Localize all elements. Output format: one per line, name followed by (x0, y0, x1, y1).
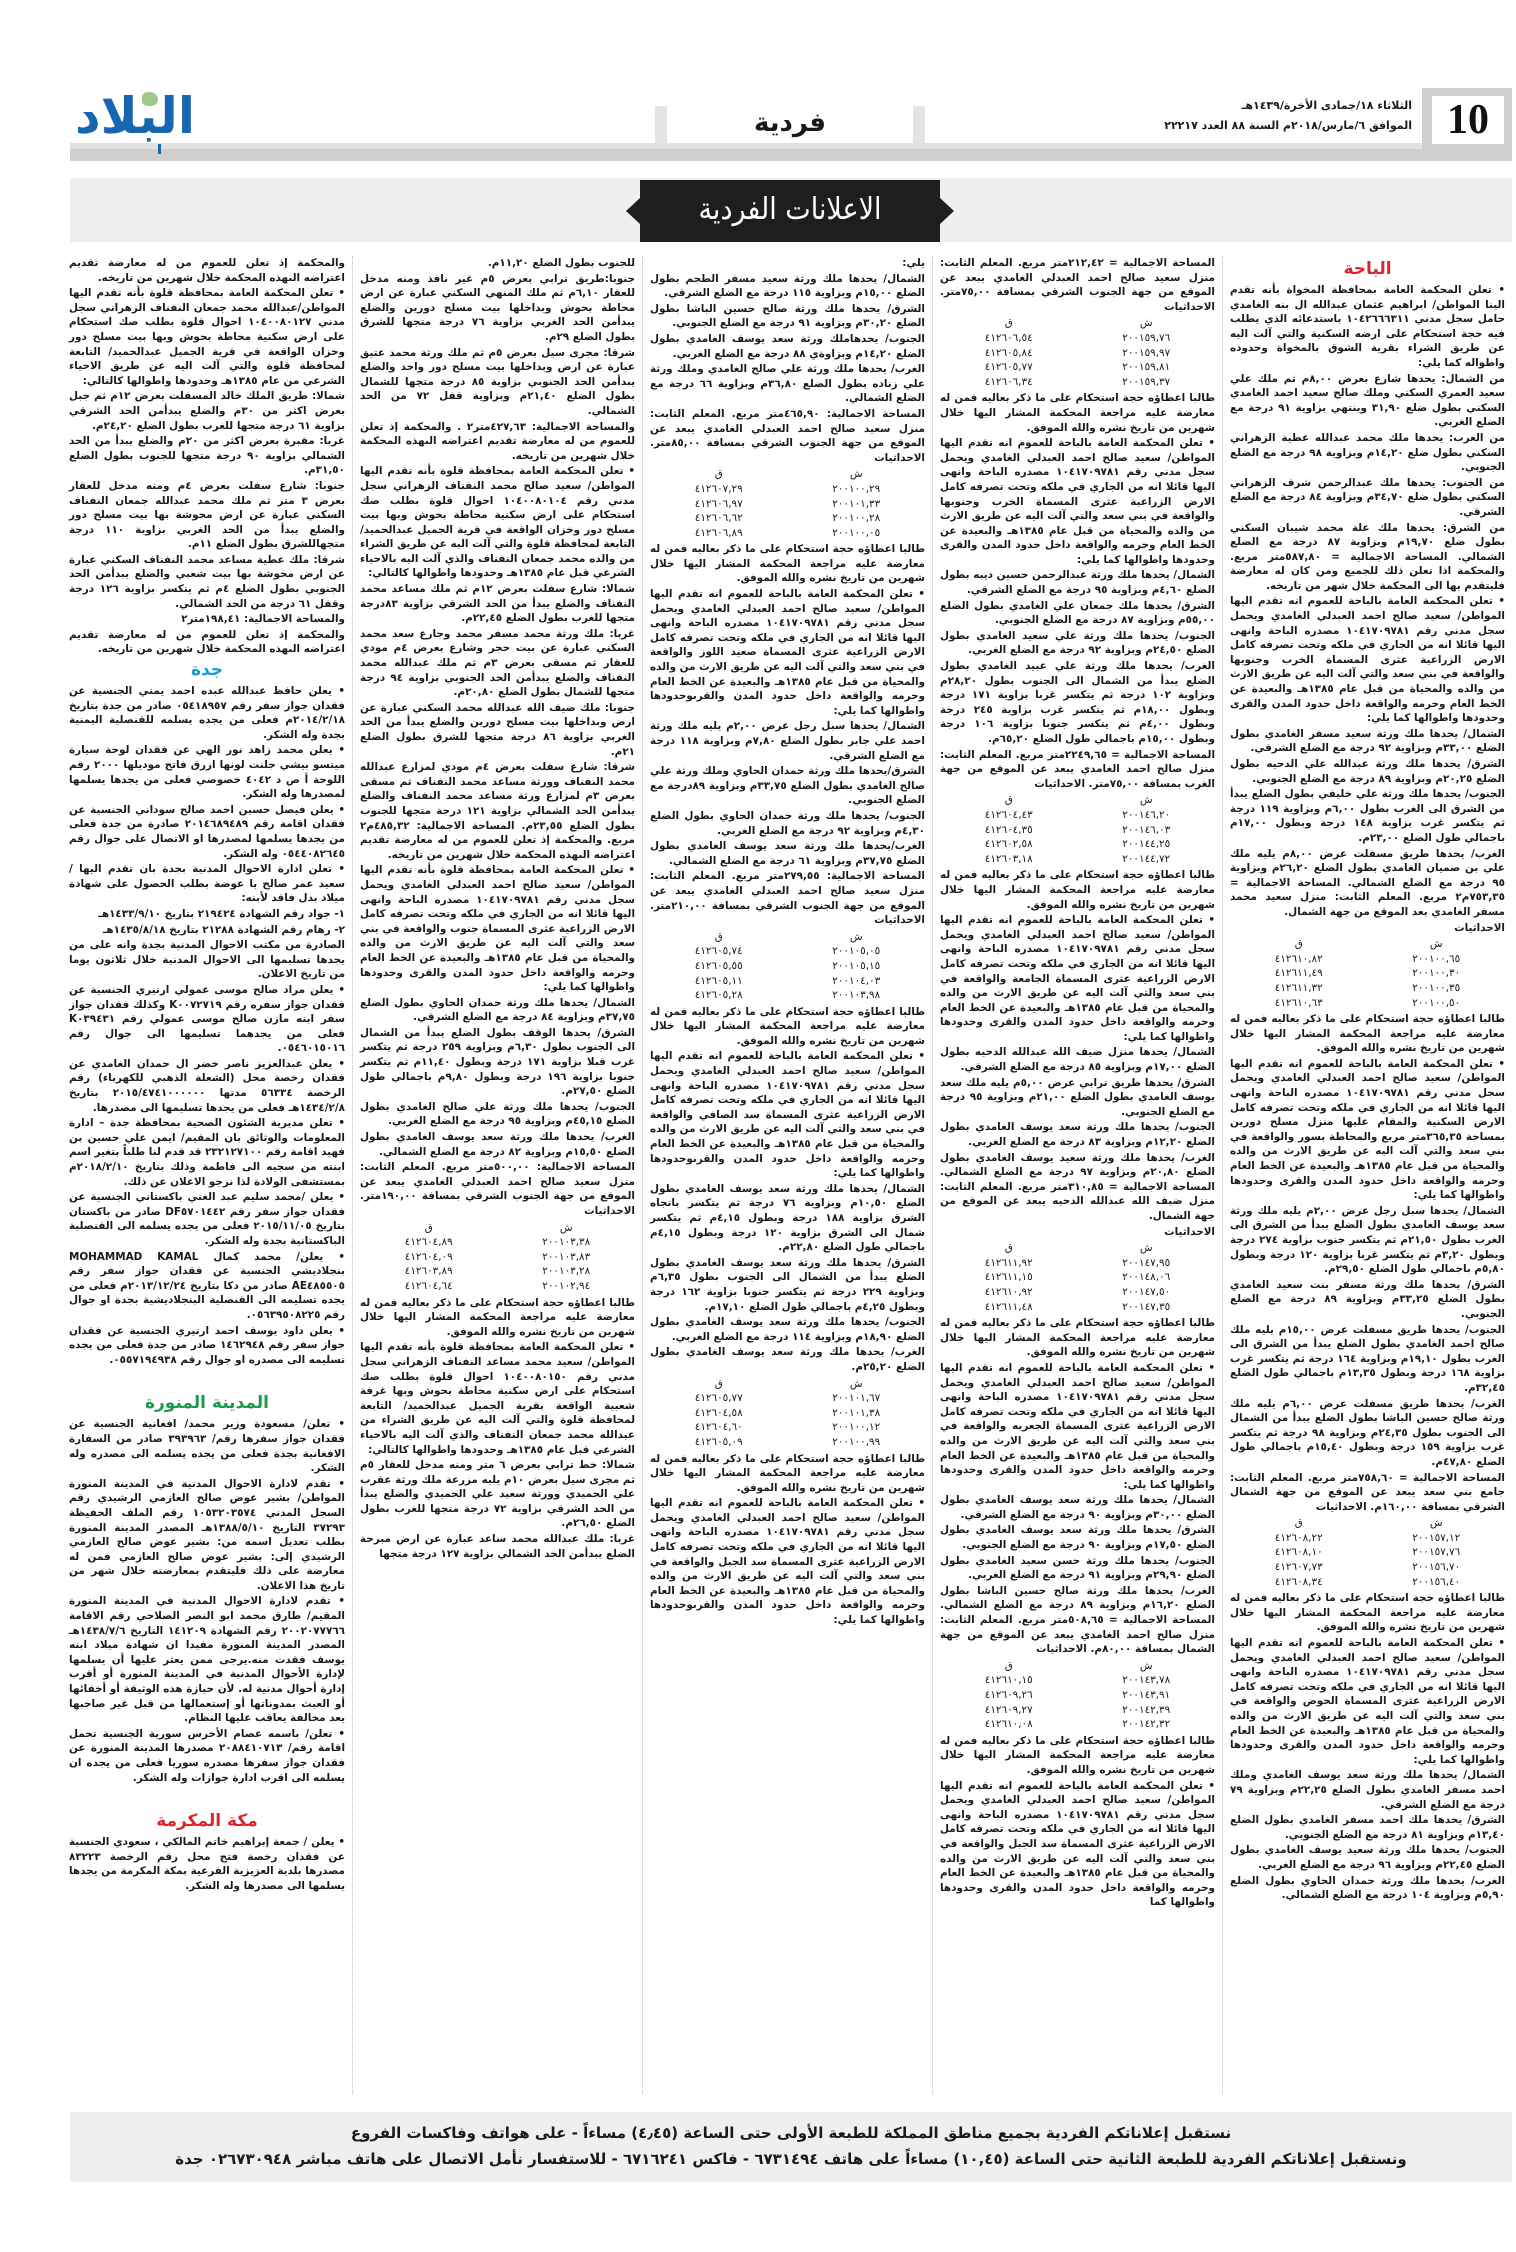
ad-paragraph: ٢- رهام رقم الشهادة ٢١٢٨٨ بتاريخ ١٤٣٥/٨/… (69, 923, 345, 938)
ad-paragraph: غربا: ملك ورثة محمد مسفر محمد وجارع سعد … (360, 627, 635, 700)
coordinate-value: ٢٠٠١٠١,٣٣ (788, 497, 926, 512)
ad-paragraph: الجنوب/ يحدها ملك ورثة علي خليفي بطول ال… (1230, 787, 1505, 845)
coordinate-value: ٢٠٠١٠٠,٦٥ (1368, 952, 1506, 967)
ad-paragraph: للجنوب بطول الضلع ١١,٢٠م. (360, 256, 635, 271)
ad-paragraph: الشرق/ يحدها طريق ترابي عرض ٥,٠٠م يليه م… (940, 1076, 1215, 1120)
ad-paragraph: من الشمال: يحدها شارع بعرض ٨,٠٠م ثم ملك … (1230, 372, 1505, 430)
coordinates-row: ٢٠٠١٤٤,٧٢٤١٢٦٠٣,١٨ (940, 852, 1215, 867)
ad-paragraph: • يعلن عبدالعزيز ناصر خضر ال حمدان الغام… (69, 1057, 345, 1115)
coordinates-header-cell: ش (498, 1221, 636, 1236)
ad-paragraph: الجنوب/ يحدها ملك ورثة علي سعيد الغامدي … (940, 629, 1215, 658)
ad-paragraph: غربا: مقبرة بعرض اكثر من ٢٠م والضلع يبدأ… (69, 434, 345, 478)
ad-paragraph: جنوبا: ملك ضيف الله عبدالله محمد السكني … (360, 701, 635, 759)
coordinates-header-cell: ق (650, 467, 788, 482)
ad-paragraph: شرقا: مجرى سيل بعرض ٥م ثم ملك ورثة محمد … (360, 346, 635, 419)
coordinate-value: ٤١٢٦١١,٣٢ (1230, 981, 1368, 996)
ad-paragraph: طالبا اعطاؤه حجة استحكام على ما ذكر بعال… (940, 391, 1215, 435)
coordinate-value: ٤١٢٦٠٩,٢٦ (940, 1688, 1078, 1703)
ad-paragraph: والمساحة الاجمالية: ٤٢٧,٦٣متر٢ . والمحكم… (360, 420, 635, 464)
footer-line-1: نستقبل إعلاناتكم الفردية بجميع مناطق الم… (70, 2120, 1512, 2146)
ad-paragraph: طالبا اعطاؤه حجة استحكام على ما ذكر بعال… (650, 1452, 925, 1496)
ad-paragraph: • يعلن مراد صالح موسى عمولي ارتيري الجنس… (69, 983, 345, 1056)
coordinate-value: ٤١٢٦١٠,٦٣ (1230, 996, 1368, 1011)
coordinate-value: ٢٠٠١٤٢,٣٢ (1078, 1717, 1216, 1732)
coordinates-header: شق (650, 1377, 925, 1392)
issue-dates: الثلاثاء ١٨/جمادى الأخرة/١٤٣٩هـ الموافق … (1112, 96, 1412, 136)
coordinate-value: ٤١٢٦٠٦,٣٤ (940, 375, 1078, 390)
date-gregorian: الموافق ٦/مارس/٢٠١٨م السنة ٨٨ العدد ٢٢٢١… (1112, 116, 1412, 136)
region-heading: الباحة (1230, 258, 1505, 280)
ad-paragraph: الجنوب/ يحدها ملك ورثة علي صالح الغامدي … (360, 1100, 635, 1129)
ad-paragraph: • يعلن /محمد سليم عبد الغني باكستاني الج… (69, 1190, 345, 1248)
coordinates-row: ٢٠٠١٤٣,٧٨٤١٢٦١٠,١٥ (940, 1673, 1215, 1688)
coordinate-value: ٤١٢٦٠٥,١١ (650, 974, 788, 989)
ad-column: والمحكمة إذ تعلن للعموم من له معارضة تقد… (62, 256, 352, 2094)
ad-paragraph: طالبا اعطاؤه حجة استحكام على ما ذكر بعال… (1230, 1591, 1505, 1635)
coordinate-value: ٢٠٠١٤٣,٩١ (1078, 1688, 1216, 1703)
coordinate-value: ٤١٢٦٠٤,٥٨ (650, 1406, 788, 1421)
coordinates-row: ٢٠٠١٥٧,٧٦٤١٢٦٠٨,١٠ (1230, 1545, 1505, 1560)
coordinate-value: ٤١٢٦٠٦,٥٤ (940, 331, 1078, 346)
coordinate-value: ٢٠٠١٥٩,٧٦ (1078, 331, 1216, 346)
coordinates-header: شق (650, 930, 925, 945)
coordinates-table: شق٢٠٠١٤٦,٢٠٤١٢٦٠٤,٤٣٢٠٠١٤٦,٠٣٤١٢٦٠٤,٣٥٢٠… (940, 793, 1215, 866)
coordinates-row: ٢٠٠١٠٠,٥٠٤١٢٦١٠,٦٣ (1230, 996, 1505, 1011)
ad-paragraph: شرقا: ملك عطية مساعد محمد النفناف السكني… (69, 553, 345, 611)
coordinate-value: ٢٠٠١٠٠,٢٨ (788, 511, 926, 526)
section-name: فردية (655, 106, 925, 143)
ad-paragraph: الشرق/ يحدها ملك جمعان علي الغامدي بطول … (940, 599, 1215, 628)
ad-paragraph: الشمال/ يحدها سبل رجل عرض ٢,٠٠م يليه ملك… (650, 719, 925, 763)
coordinate-value: ٤١٢٦٠٨,٢٢ (1230, 1531, 1368, 1546)
coordinates-row: ٢٠٠١٠٥,٠٥٤١٢٦٠٥,٧٤ (650, 944, 925, 959)
header-rule-light (70, 143, 1512, 149)
logo-tick (158, 144, 161, 154)
coordinates-row: ٢٠٠١٤٧,٥٠٤١٢٦١٠,٩٢ (940, 1285, 1215, 1300)
ad-paragraph: والمحكمة إذ تعلن للعموم من له معارضة تقد… (69, 628, 345, 657)
coordinate-value: ٤١٢٦١١,١٥ (940, 1270, 1078, 1285)
ad-paragraph: الصادرة من مكتب الاحوال المدنية بجدة وان… (69, 938, 345, 982)
coordinates-row: ٢٠٠١٥٩,٣٧٤١٢٦٠٦,٣٤ (940, 375, 1215, 390)
coordinate-value: ٢٠٠١٠٠,٣٠ (1368, 966, 1506, 981)
coordinate-value: ٢٠٠١٥٧,١٢ (1368, 1531, 1506, 1546)
ad-paragraph: المساحة الاجمالية = ٢٢٤٩,٦٥متر مربع. الم… (940, 748, 1215, 792)
coordinates-row: ٢٠٠١٠٠,٩٩٤١٢٦٠٥,٠٩ (650, 1435, 925, 1450)
ad-paragraph: الجنوب/ يحدها ملك ورثة حسن سعيد الغامدي … (940, 1554, 1215, 1583)
coordinates-header: شق (1230, 937, 1505, 952)
coordinates-header-cell: ش (1078, 1659, 1216, 1674)
ad-paragraph: • يعلن/ محمد كمال MOHAMMAD KAMAL بنجلادي… (69, 1250, 345, 1323)
ad-paragraph: شمالا: شارع سفلت بعرض ١٢م ثم ملك مساعد م… (360, 582, 635, 626)
coordinate-value: ٢٠٠١٠١,٣٨ (788, 1406, 926, 1421)
coordinate-value: ٢٠٠١٠٠,٢٩ (788, 482, 926, 497)
ad-paragraph: من الشرق: يحدها ملك علة محمد شيبان السكن… (1230, 521, 1505, 594)
ad-paragraph: • تعلن المحكمة العامة بمحافظة قلوة بأنه … (360, 464, 635, 581)
coordinate-value: ٢٠٠١٤٢,٣٩ (1078, 1703, 1216, 1718)
coordinates-header-cell: ق (940, 1241, 1078, 1256)
ad-paragraph: الشرق/ يحدها ملك ورثة سعد يوسف الغامدي ب… (650, 1256, 925, 1314)
ad-paragraph: الشرق/ يحدها ملك ورثة صالح حسين الباشا ب… (650, 302, 925, 331)
coordinates-row: ٢٠٠١٤٧,٣٥٤١٢٦١١,٤٨ (940, 1300, 1215, 1315)
coordinates-row: ٢٠٠١٠٣,٩٨٤١٢٦٠٥,٢٨ (650, 988, 925, 1003)
ad-paragraph: الشمال/ يحدها ملك ورثة سعد يوسف الغامدي … (940, 1493, 1215, 1522)
coordinate-value: ٢٠٠١٥٦,٤٠ (1368, 1575, 1506, 1590)
coordinate-value: ٤١٢٦٠٧,٧٣ (1230, 1560, 1368, 1575)
page-title-banner: الاعلانات الفردية (640, 180, 940, 242)
ad-paragraph: الاحداثيات (940, 1225, 1215, 1240)
coordinates-table: شق٢٠٠١٠٠,٦٥٤١٢٦١٠,٨٢٢٠٠١٠٠,٣٠٤١٢٦١١,٤٩٢٠… (1230, 937, 1505, 1010)
coordinates-header-cell: ش (1078, 1241, 1216, 1256)
coordinates-row: ٢٠٠١٠٠,٠٥٤١٢٦٠٦,٨٩ (650, 526, 925, 541)
spacer (69, 1368, 345, 1390)
coordinate-value: ٢٠٠١٤٦,٠٣ (1078, 823, 1216, 838)
coordinates-header-cell: ش (788, 467, 926, 482)
coordinates-header-cell: ش (1078, 316, 1216, 331)
footer-notice: نستقبل إعلاناتكم الفردية بجميع مناطق الم… (70, 2112, 1512, 2182)
coordinate-value: ٢٠٠١٤٨,٠٦ (1078, 1270, 1216, 1285)
ad-paragraph: من الغرب: يحدها ملك محمد عبدالله عطية ال… (1230, 431, 1505, 475)
ad-paragraph: الشمال/ يحدها سبل رجل عرض ٢,٠٠م يليه ملك… (1230, 1204, 1505, 1277)
ad-paragraph: الجنوب/ يحدها طريق مسفلت عرض ١٥,٠٠م يليه… (1230, 1323, 1505, 1396)
coordinate-value: ٤١٢٦٠٤,٠٩ (360, 1250, 498, 1265)
coordinate-value: ٢٠٠١٠٠,٣٥ (1368, 981, 1506, 996)
ad-paragraph: الجنوب/ يحدها ملك ورثة سعد يوسف الغامدي … (650, 1315, 925, 1344)
coordinates-row: ٢٠٠١٠٥,١٥٤١٢٦٠٥,٥٥ (650, 959, 925, 974)
ad-column: المساحة الاجمالية = ٢١٢,٤٢متر مربع. المع… (932, 256, 1222, 2094)
coordinate-value: ٤١٢٦١٠,١٥ (940, 1673, 1078, 1688)
ad-paragraph: • تعلن المحكمة العامة بمحافظة قلوة بأنه … (69, 286, 345, 388)
coordinate-value: ٤١٢٦١١,٤٨ (940, 1300, 1078, 1315)
ad-paragraph: شمالا: طريق الملك خالد المسفلت بعرض ١٢م … (69, 389, 345, 433)
logo-text: البلاد (75, 87, 195, 145)
ad-paragraph: الشمال/ يحدها ملك ورثة عبدالرحمن حسين دي… (940, 568, 1215, 597)
ads-columns: الباحة• تعلن المحكمة العامة بمحافظة المخ… (62, 256, 1512, 2094)
coordinates-row: ٢٠٠١٤٦,٢٠٤١٢٦٠٤,٤٣ (940, 808, 1215, 823)
ad-paragraph: • تعلن المحكمة العامة بمحافظة المخواة بأ… (1230, 283, 1505, 371)
coordinate-value: ٤١٢٦١٠,٩٢ (940, 1285, 1078, 1300)
ad-paragraph: الشرق/ يحدها ملك ورثة عبدالله علي الدحيه… (1230, 757, 1505, 786)
coordinate-value: ٢٠٠١٤٧,٩٥ (1078, 1256, 1216, 1271)
coordinate-value: ٢٠٠١٠٠,١٢ (788, 1420, 926, 1435)
coordinate-value: ٤١٢٦١٠,٠٨ (940, 1717, 1078, 1732)
ad-column: الباحة• تعلن المحكمة العامة بمحافظة المخ… (1222, 256, 1512, 2094)
ad-paragraph: طالبا اعطاؤه حجة استحكام على ما ذكر بعال… (360, 1296, 635, 1340)
coordinates-row: ٢٠٠١٠٠,٣٥٤١٢٦١١,٣٢ (1230, 981, 1505, 996)
coordinate-value: ٤١٢٦٠٩,٢٧ (940, 1703, 1078, 1718)
ad-paragraph: • تعلن المحكمة العامة بالباحة للعموم انه… (940, 1779, 1215, 1910)
coordinate-value: ٢٠٠١٤٧,٣٥ (1078, 1300, 1216, 1315)
coordinates-row: ٢٠٠١٥٦,٤٠٤١٢٦٠٨,٣٤ (1230, 1575, 1505, 1590)
coordinate-value: ٤١٢٦٠٣,١٨ (940, 852, 1078, 867)
coordinate-value: ٢٠٠١٥٩,٩٧ (1078, 346, 1216, 361)
ad-paragraph: الجنوب/ يحدهاملك ورثة سعد يوسف الغامدي ب… (650, 332, 925, 361)
coordinates-row: ٢٠٠١٤٧,٩٥٤١٢٦١١,٩٢ (940, 1256, 1215, 1271)
coordinates-row: ٢٠٠١٤٨,٠٦٤١٢٦١١,١٥ (940, 1270, 1215, 1285)
ad-paragraph: الشمال/ يحدها ملك ورثة سعد يوسف الغامدي … (1230, 1768, 1505, 1812)
coordinate-value: ٤١٢٦٠٥,٧٤ (650, 944, 788, 959)
coordinates-row: ٢٠٠١٥٧,١٢٤١٢٦٠٨,٢٢ (1230, 1531, 1505, 1546)
ad-paragraph: • تعلن مديرية الشئون الصحية بمحافظة جدة … (69, 1116, 345, 1189)
coordinates-header-cell: ق (940, 316, 1078, 331)
coordinate-value: ٢٠٠١٤٧,٥٠ (1078, 1285, 1216, 1300)
footer-line-2: ونستقبل إعلاناتكم الفردية للطبعة الثانية… (70, 2146, 1512, 2172)
coordinates-header-cell: ق (1230, 937, 1368, 952)
coordinates-table: شق٢٠٠١٠١,٦٧٤١٢٦٠٥,٧٧٢٠٠١٠١,٣٨٤١٢٦٠٤,٥٨٢٠… (650, 1377, 925, 1450)
coordinate-value: ٢٠٠١٠٠,٠٥ (788, 526, 926, 541)
coordinate-value: ٤١٢٦٠٤,٦٤ (360, 1279, 498, 1294)
coordinates-header: شق (1230, 1516, 1505, 1531)
coordinates-row: ٢٠٠١٤٤,٢٥٤١٢٦٠٢,٥٨ (940, 837, 1215, 852)
coordinate-value: ٢٠٠١٠٠,٥٠ (1368, 996, 1506, 1011)
ad-paragraph: • يعلن فيصل حسين احمد صالح سوداني الجنسي… (69, 803, 345, 861)
ad-paragraph: الغرب/ يحدها ملك ورثة علي صالح الغامدي و… (650, 362, 925, 406)
coordinate-value: ٤١٢٦١٠,٨٢ (1230, 952, 1368, 967)
ad-paragraph: • يعلن / جمعة إبراهيم خاتم المالكي ، سعو… (69, 1835, 345, 1893)
ad-paragraph: يلي: (650, 256, 925, 271)
ad-paragraph: الغرب/يحدها ملك ورثة سعد يوسف الغامدي بط… (650, 839, 925, 868)
coordinate-value: ٢٠٠١٠٣,٩٨ (788, 988, 926, 1003)
ad-paragraph: من الجنوب: يحدها ملك عبدالرحمن شرف الزهر… (1230, 476, 1505, 520)
coordinates-row: ٢٠٠١٥٩,٨١٤١٢٦٠٥,٧٧ (940, 360, 1215, 375)
coordinates-row: ٢٠٠١٠١,٣٨٤١٢٦٠٤,٥٨ (650, 1406, 925, 1421)
coordinates-table: شق٢٠٠١٤٣,٧٨٤١٢٦١٠,١٥٢٠٠١٤٣,٩١٤١٢٦٠٩,٢٦٢٠… (940, 1659, 1215, 1732)
ad-paragraph: الجنوب/ يحدها ملك ورثة حمدان الحاوي بطول… (650, 809, 925, 838)
coordinates-row: ٢٠٠١٠١,٣٣٤١٢٦٠٦,٩٧ (650, 497, 925, 512)
spacer (69, 1786, 345, 1808)
coordinate-value: ٤١٢٦٠٦,٦٢ (650, 511, 788, 526)
ad-paragraph: الشمال/ يحدها ملك ورثة سعيد مسفر الطجم ب… (650, 272, 925, 301)
ad-paragraph: • تعلن المحكمة العامة بالباحة للعموم انه… (650, 1496, 925, 1627)
page-header: 10 الثلاثاء ١٨/جمادى الأخرة/١٤٣٩هـ الموا… (70, 88, 1512, 158)
coordinates-row: ٢٠٠١٠٤,٠٣٤١٢٦٠٥,١١ (650, 974, 925, 989)
ad-paragraph: الشرق/ يحدها ملك ورثة سعد يوسف الغامدي ب… (940, 1523, 1215, 1552)
coordinates-header-cell: ش (1078, 793, 1216, 808)
ad-paragraph: الغرب/ يحدها ملك ورثة صالح حسين الباشا ب… (940, 1584, 1215, 1657)
ad-paragraph: • تعلن المحكمة العامة بمحافظة قلوة بأنه … (360, 863, 635, 994)
newspaper-logo: البلاد (70, 88, 200, 144)
coordinate-value: ٤١٢٦٠٥,٠٩ (650, 1435, 788, 1450)
ad-paragraph: والمحكمة إذ تعلن للعموم من له معارضة تقد… (69, 256, 345, 285)
coordinate-value: ٢٠٠١٤٣,٧٨ (1078, 1673, 1216, 1688)
ad-paragraph: والمساحة الاجمالية: ١٩٨,٤١متر٢ (69, 612, 345, 627)
ad-paragraph: • تعلن المحكمة العامة بالباحة للعموم انه… (940, 913, 1215, 1044)
coordinates-row: ٢٠٠١٠٣,٣٨٤١٢٦٠٤,٨٩ (360, 1235, 635, 1250)
coordinate-value: ٢٠٠١٠٤,٠٣ (788, 974, 926, 989)
ad-paragraph: • تعلن المحكمة العامة بالباحة للعموم انه… (650, 587, 925, 718)
coordinates-table: شق٢٠٠١٠٠,٢٩٤١٢٦٠٧,٢٩٢٠٠١٠١,٣٣٤١٢٦٠٦,٩٧٢٠… (650, 467, 925, 540)
date-hijri: الثلاثاء ١٨/جمادى الأخرة/١٤٣٩هـ (1112, 96, 1412, 116)
coordinates-row: ٢٠٠١٠٠,٦٥٤١٢٦١٠,٨٢ (1230, 952, 1505, 967)
coordinate-value: ٢٠٠١٠٣,٢٨ (498, 1264, 636, 1279)
ad-paragraph: الشمال/ يحدها منزل ضيف الله عبدالله الدح… (940, 1045, 1215, 1074)
coordinates-row: ٢٠٠١٠٣,٨٣٤١٢٦٠٤,٠٩ (360, 1250, 635, 1265)
ad-paragraph: الاحداثيات (1230, 921, 1505, 936)
coordinates-header: شق (650, 467, 925, 482)
coordinate-value: ٤١٢٦٠٥,٨٤ (940, 346, 1078, 361)
ad-paragraph: • تعلن المحكمة العامة بمحافظة قلوة بأنه … (360, 1340, 635, 1457)
coordinates-table: شق٢٠٠١٠٥,٠٥٤١٢٦٠٥,٧٤٢٠٠١٠٥,١٥٤١٢٦٠٥,٥٥٢٠… (650, 930, 925, 1003)
ad-paragraph: • يعلن محمد زاهد نور الهي عن فقدان لوحة … (69, 743, 345, 801)
ad-paragraph: الشمال/ يحدها ملك ورثة حمدان الحاوي بطول… (360, 996, 635, 1025)
coordinates-header-cell: ق (1230, 1516, 1368, 1531)
coordinates-header-cell: ش (788, 1377, 926, 1392)
coordinate-value: ٤١٢٦٠٨,١٠ (1230, 1545, 1368, 1560)
ad-paragraph: طالبا اعطاؤه حجة استحكام على ما ذكر بعال… (940, 1316, 1215, 1360)
region-heading: جدة (69, 659, 345, 681)
coordinates-row: ٢٠٠١٠١,٦٧٤١٢٦٠٥,٧٧ (650, 1391, 925, 1406)
coordinate-value: ٢٠٠١٠٠,٩٩ (788, 1435, 926, 1450)
ad-paragraph: • يعلن داود يوسف احمد ارتيري الجنسية عن … (69, 1324, 345, 1368)
coordinates-row: ٢٠٠١٠٠,٢٨٤١٢٦٠٦,٦٢ (650, 511, 925, 526)
ad-paragraph: شمالا: خط ترابي بعرض ٦ متر ومنه مدخل للع… (360, 1458, 635, 1531)
coordinate-value: ٤١٢٦٠٤,٣٥ (940, 823, 1078, 838)
coordinates-row: ٢٠٠١٥٦,٧٠٤١٢٦٠٧,٧٣ (1230, 1560, 1505, 1575)
coordinate-value: ٢٠٠١٠٣,٣٨ (498, 1235, 636, 1250)
coordinate-value: ٢٠٠١٤٤,٢٥ (1078, 837, 1216, 852)
ad-paragraph: المساحة الاجمالية: ٤٦٥,٩٠متر مربع. المعل… (650, 407, 925, 465)
coordinates-row: ٢٠٠١٠٠,٣٠٤١٢٦١١,٤٩ (1230, 966, 1505, 981)
coordinates-row: ٢٠٠١٤٢,٣٢٤١٢٦١٠,٠٨ (940, 1717, 1215, 1732)
coordinate-value: ٢٠٠١٤٦,٢٠ (1078, 808, 1216, 823)
coordinate-value: ٢٠٠١٠١,٦٧ (788, 1391, 926, 1406)
title-banner-strip: الاعلانات الفردية (70, 178, 1512, 242)
coordinates-header: شق (940, 316, 1215, 331)
ad-paragraph: • تعلن/ باسمه عصام الأخرس سورية الجنسية … (69, 1727, 345, 1785)
ad-paragraph: الشرق/ يحدها الوقف بطول الضلع يبدأ من ال… (360, 1026, 635, 1099)
coordinate-value: ٢٠٠١٥٩,٣٧ (1078, 375, 1216, 390)
coordinate-value: ٤١٢٦٠٤,٨٩ (360, 1235, 498, 1250)
coordinate-value: ٤١٢٦٠٤,٦٠ (650, 1420, 788, 1435)
ad-paragraph: الغرب/ يحدها ملك ورثة سعد يوسف الغامدي ب… (650, 1345, 925, 1374)
ad-paragraph: شرقا: شارع سفلت بعرض ٤م مودي لمزارع عبدا… (360, 760, 635, 862)
ad-paragraph: طالبا اعطاؤه حجة استحكام على ما ذكر بعال… (650, 542, 925, 586)
coordinate-value: ٤١٢٦٠٢,٥٨ (940, 837, 1078, 852)
ad-paragraph: طالبا اعطاؤه حجة استحكام على ما ذكر بعال… (650, 1005, 925, 1049)
coordinates-header: شق (360, 1221, 635, 1236)
ad-column: يلي:الشمال/ يحدها ملك ورثة سعيد مسفر الط… (642, 256, 932, 2094)
coordinate-value: ٢٠٠١٥٧,٧٦ (1368, 1545, 1506, 1560)
ad-paragraph: الغرب/ يحدها طريق مسفلت عرض ٦,٠٠م يليه م… (1230, 1397, 1505, 1470)
ad-paragraph: الشرق/ يحدها ملك ورثة مسفر بنت سعيد الغا… (1230, 1278, 1505, 1322)
coordinates-header-cell: ق (650, 930, 788, 945)
coordinate-value: ٤١٢٦٠٣,٨٩ (360, 1264, 498, 1279)
ad-paragraph: الشمال/ يحدها ملك ورثة سعيد مسفر الغامدي… (1230, 727, 1505, 756)
coordinate-value: ٤١٢٦٠٥,٧٧ (650, 1391, 788, 1406)
coordinates-row: ٢٠٠١٠٠,١٢٤١٢٦٠٤,٦٠ (650, 1420, 925, 1435)
ad-paragraph: • تعلن المحكمة العامة بالباحة للعموم انه… (1230, 1057, 1505, 1203)
coordinates-header: شق (940, 1241, 1215, 1256)
ad-paragraph: الجنوب/ يحدها ملك ورثة سعد يوسف الغامدي … (940, 1120, 1215, 1149)
ad-paragraph: غربا: ملك عبدالله محمد ساعد عبارة عن ارض… (360, 1532, 635, 1561)
coordinate-value: ٤١٢٦٠٥,٧٧ (940, 360, 1078, 375)
region-heading: المدينة المنورة (69, 1392, 345, 1414)
ad-paragraph: • تعلن المحكمة العامة بالباحة للعموم انه… (940, 436, 1215, 567)
ad-paragraph: الشمال/ يحدها ملك ورثة سعد يوسف الغامدي … (650, 1182, 925, 1255)
ad-paragraph: الشرق/يحدها ملك ورثة حمدان الحاوي وملك و… (650, 764, 925, 808)
coordinates-row: ٢٠٠١٠٣,٢٨٤١٢٦٠٣,٨٩ (360, 1264, 635, 1279)
ad-paragraph: المساحة الاجمالية: ٥٠٠,٠٠متر مربع. المعل… (360, 1160, 635, 1218)
coordinates-header-cell: ش (1368, 1516, 1506, 1531)
ad-paragraph: الجنوب/ يحدها ملك ورثة سعيد يوسف الغامدي… (1230, 1843, 1505, 1872)
coordinates-row: ٢٠٠١٠٠,٢٩٤١٢٦٠٧,٢٩ (650, 482, 925, 497)
ad-paragraph: طالبا اعطاؤه حجة استحكام على ما ذكر بعال… (1230, 1012, 1505, 1056)
ad-paragraph: • تقدم لادارة الاحوال المدنية في المدينة… (69, 1477, 345, 1594)
coordinates-header-cell: ق (940, 1659, 1078, 1674)
coordinates-header-cell: ق (360, 1221, 498, 1236)
coordinates-row: ٢٠٠١٤٢,٣٩٤١٢٦٠٩,٢٧ (940, 1703, 1215, 1718)
coordinates-header-cell: ق (650, 1377, 788, 1392)
ad-paragraph: • تعلن/ مسعودة وزير محمد/ افغانية الجنسي… (69, 1417, 345, 1475)
coordinate-value: ٤١٢٦٠٥,٥٥ (650, 959, 788, 974)
ad-paragraph: جنوبا: شارع سفلت بعرض ٤م ومنه مدخل للعقا… (69, 479, 345, 552)
coordinates-header-cell: ق (940, 793, 1078, 808)
ad-paragraph: الغرب/ يحدها ملك ورثة سعيد يوسف الغامدي … (940, 1151, 1215, 1224)
coordinate-value: ٤١٢٦٠٨,٣٤ (1230, 1575, 1368, 1590)
coordinate-value: ٤١٢٦٠٦,٨٩ (650, 526, 788, 541)
saudi-map-icon (142, 92, 158, 106)
coordinates-header: شق (940, 793, 1215, 808)
coordinate-value: ٢٠٠١٥٩,٨١ (1078, 360, 1216, 375)
coordinates-table: شق٢٠٠١٥٧,١٢٤١٢٦٠٨,٢٢٢٠٠١٥٧,٧٦٤١٢٦٠٨,١٠٢٠… (1230, 1516, 1505, 1589)
coordinates-row: ٢٠٠١٥٩,٩٧٤١٢٦٠٥,٨٤ (940, 346, 1215, 361)
coordinates-header-cell: ش (1368, 937, 1506, 952)
coordinate-value: ٤١٢٦٠٧,٢٩ (650, 482, 788, 497)
coordinates-header-cell: ش (788, 930, 926, 945)
coordinate-value: ٢٠٠١٠٥,٠٥ (788, 944, 926, 959)
ad-paragraph: • تعلن المحكمة العامة بالباحة للعموم انه… (1230, 1636, 1505, 1767)
ad-paragraph: الغرب/ يحدها ملك ورثة سعد يوسف الغامدي ب… (360, 1130, 635, 1159)
ad-paragraph: المساحة الاجمالية = ٧٥٨,٦٠متر مربع. المع… (1230, 1471, 1505, 1515)
ad-paragraph: ١- جواد رقم الشهادة ٢١٩٤٢٤ بتاريخ ١٤٣٣/٩… (69, 907, 345, 922)
ad-column: للجنوب بطول الضلع ١١,٢٠م.جنوبا:طريق تراب… (352, 256, 642, 2094)
page-number-box: 10 (1422, 88, 1512, 160)
page-number: 10 (1432, 96, 1504, 144)
coordinate-value: ٤١٢٦٠٥,٢٨ (650, 988, 788, 1003)
coordinates-row: ٢٠٠١٠٢,٩٤٤١٢٦٠٤,٦٤ (360, 1279, 635, 1294)
coordinate-value: ٤١٢٦١١,٩٢ (940, 1256, 1078, 1271)
ad-paragraph: • تعلن المحكمة العامة بالباحة للعموم انه… (650, 1049, 925, 1180)
ad-paragraph: • تعلن المحكمة العامة بالباحة للعموم انه… (1230, 594, 1505, 725)
region-heading: مكة المكرمة (69, 1810, 345, 1832)
ad-paragraph: جنوبا:طريق ترابي بعرض ٥م غير نافذ ومنه م… (360, 272, 635, 345)
ad-paragraph: • تعلن ادارة الاحوال المدنية بجدة بان تق… (69, 862, 345, 906)
coordinate-value: ٢٠٠١٠٥,١٥ (788, 959, 926, 974)
ad-paragraph: المساحة الاجمالية = ٢١٢,٤٢متر مربع. المع… (940, 256, 1215, 314)
coordinate-value: ٤١٢٦١١,٤٩ (1230, 966, 1368, 981)
coordinate-value: ٢٠٠١٠٢,٩٤ (498, 1279, 636, 1294)
coordinates-table: شق٢٠٠١٠٣,٣٨٤١٢٦٠٤,٨٩٢٠٠١٠٣,٨٣٤١٢٦٠٤,٠٩٢٠… (360, 1221, 635, 1294)
coordinates-row: ٢٠٠١٤٦,٠٣٤١٢٦٠٤,٣٥ (940, 823, 1215, 838)
ad-paragraph: المساحة الاجمالية: ٢٧٩,٥٥متر مربع. المعل… (650, 869, 925, 927)
ad-paragraph: الشرق/ يحدها ملك احمد مسفر الغامدي بطول … (1230, 1813, 1505, 1842)
coordinate-value: ٤١٢٦٠٤,٤٣ (940, 808, 1078, 823)
ad-paragraph: الغرب/ يحدها ملك ورثة علي عبيد الغامدي ب… (940, 659, 1215, 747)
coordinates-table: شق٢٠٠١٤٧,٩٥٤١٢٦١١,٩٢٢٠٠١٤٨,٠٦٤١٢٦١١,١٥٢٠… (940, 1241, 1215, 1314)
ad-paragraph: • يعلن حافظ عبدالله عبده احمد يمني الجنس… (69, 684, 345, 742)
coordinates-header: شق (940, 1659, 1215, 1674)
ad-paragraph: الغرب/ يحدها طريق مسفلت عرض ٨,٠٠م يليه م… (1230, 847, 1505, 920)
ad-paragraph: • تعلن المحكمة العامة بالباحة للعموم انه… (940, 1361, 1215, 1492)
coordinate-value: ٢٠٠١٤٤,٧٢ (1078, 852, 1216, 867)
coordinates-row: ٢٠٠١٤٣,٩١٤١٢٦٠٩,٢٦ (940, 1688, 1215, 1703)
coordinate-value: ٢٠٠١٠٣,٨٣ (498, 1250, 636, 1265)
ad-paragraph: طالبا اعطاؤه حجة استحكام على ما ذكر بعال… (940, 868, 1215, 912)
ad-paragraph: • تقدم لادارة الاحوال المدنية في المدينة… (69, 1594, 345, 1725)
coordinate-value: ٢٠٠١٥٦,٧٠ (1368, 1560, 1506, 1575)
ad-paragraph: طالبا اعطاؤه حجة استحكام على ما ذكر بعال… (940, 1734, 1215, 1778)
coordinates-table: شق٢٠٠١٥٩,٧٦٤١٢٦٠٦,٥٤٢٠٠١٥٩,٩٧٤١٢٦٠٥,٨٤٢٠… (940, 316, 1215, 389)
coordinates-row: ٢٠٠١٥٩,٧٦٤١٢٦٠٦,٥٤ (940, 331, 1215, 346)
